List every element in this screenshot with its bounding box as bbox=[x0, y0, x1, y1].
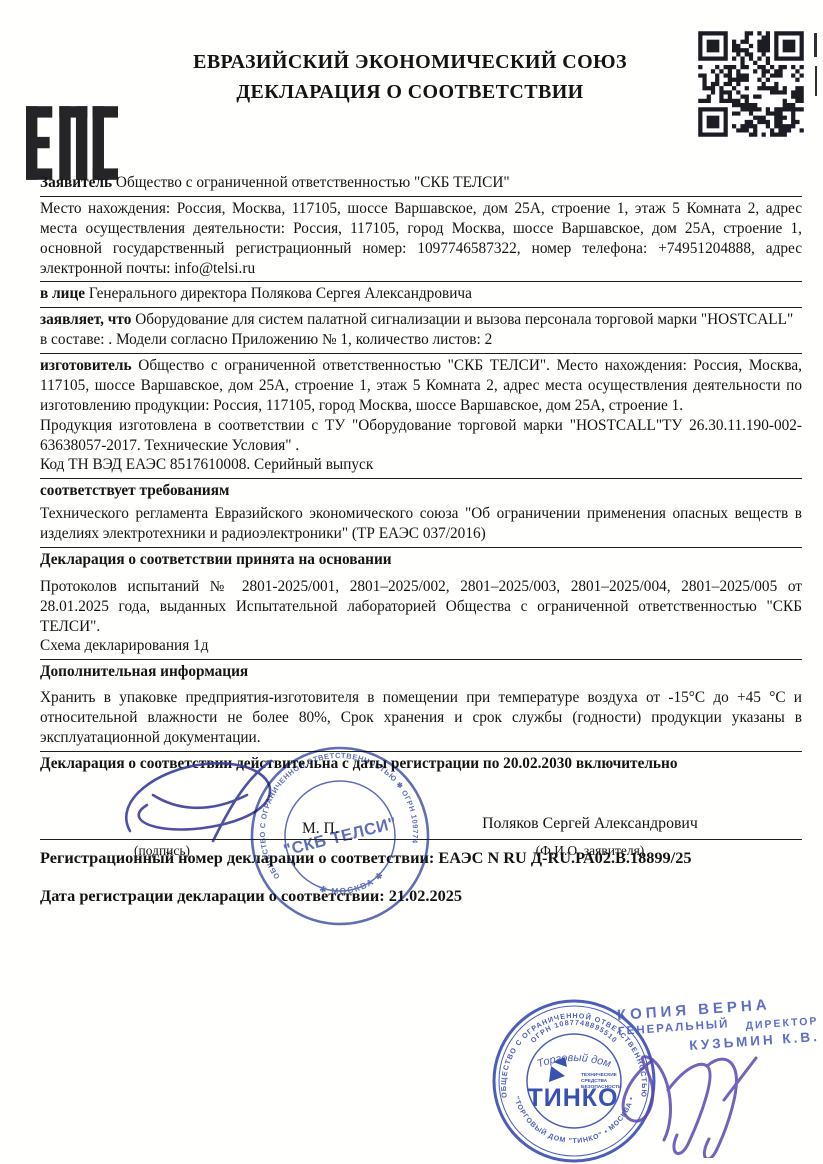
section-address: Место нахождения: Россия, Москва, 117105… bbox=[40, 197, 802, 283]
person-label: в лице bbox=[40, 285, 85, 302]
document-body: Заявитель Общество с ограниченной ответс… bbox=[40, 171, 802, 887]
tu-text: Продукция изготовлена в соответствии с Т… bbox=[40, 416, 802, 456]
scan-artifact bbox=[814, 33, 817, 57]
scan-artifact bbox=[815, 66, 817, 96]
signature-line-left bbox=[40, 839, 352, 840]
section-basis: Протоколов испытаний № 2801-2025/001, 28… bbox=[40, 575, 802, 661]
complies-header: соответствует требованиям bbox=[40, 479, 802, 502]
title-line-2: ДЕКЛАРАЦИЯ О СООТВЕТСТВИИ bbox=[120, 77, 700, 107]
applicant-label: Заявитель bbox=[40, 174, 112, 191]
fio-name: Поляков Сергей Александрович bbox=[370, 814, 810, 835]
qr-code bbox=[694, 27, 808, 146]
document-title: ЕВРАЗИЙСКИЙ ЭКОНОМИЧЕСКИЙ СОЮЗ ДЕКЛАРАЦИ… bbox=[120, 47, 700, 107]
section-applicant: Заявитель Общество с ограниченной ответс… bbox=[40, 171, 802, 197]
additional-text: Хранить в упаковке предприятия-изготовит… bbox=[40, 686, 802, 752]
tnved-text: Код ТН ВЭД ЕАЭС 8517610008. Серийный вып… bbox=[40, 455, 802, 475]
registration-date-value: 21.02.2025 bbox=[389, 886, 462, 905]
signature-line-right bbox=[358, 839, 802, 840]
section-declares: заявляет, что Оборудование для систем па… bbox=[40, 308, 802, 354]
registration-number-value: ЕАЭС N RU Д-RU.РА02.В.18899/25 bbox=[438, 848, 691, 867]
document-page: ЕВРАЗИЙСКИЙ ЭКОНОМИЧЕСКИЙ СОЮЗ ДЕКЛАРАЦИ… bbox=[0, 0, 823, 1164]
section-person: в лице Генерального директора Полякова С… bbox=[40, 282, 802, 308]
kuzmin-signature bbox=[598, 1028, 808, 1158]
registration-number-label: Регистрационный номер декларации о соотв… bbox=[40, 848, 434, 867]
applicant-value: Общество с ограниченной ответственностью… bbox=[116, 174, 510, 191]
address-text: Место нахождения: Россия, Москва, 117105… bbox=[40, 200, 802, 277]
registration-number-line: Регистрационный номер декларации о соотв… bbox=[40, 848, 802, 868]
declares-value: Оборудование для систем палатной сигнали… bbox=[40, 311, 793, 348]
basis-header: Декларация о соответствии принята на осн… bbox=[40, 548, 802, 575]
section-manufacturer: изготовитель Общество с ограниченной отв… bbox=[40, 354, 802, 479]
title-line-1: ЕВРАЗИЙСКИЙ ЭКОНОМИЧЕСКИЙ СОЮЗ bbox=[120, 47, 700, 77]
signature-block: ОБЩЕСТВО С ОГРАНИЧЕННОЙ ОТВЕТСТВЕННОСТЬЮ… bbox=[40, 783, 802, 887]
basis-text: Протоколов испытаний № 2801-2025/001, 28… bbox=[40, 577, 802, 637]
person-value: Генерального директора Полякова Сергея А… bbox=[89, 285, 472, 302]
manufacturer-label: изготовитель bbox=[40, 357, 132, 374]
complies-text: Технического регламента Евразийского эко… bbox=[40, 502, 802, 548]
manufacturer-value: Общество с ограниченной ответственностью… bbox=[40, 357, 802, 414]
registration-date-label: Дата регистрации декларации о соответств… bbox=[40, 886, 385, 905]
registration-date-line: Дата регистрации декларации о соответств… bbox=[40, 886, 802, 906]
scheme-text: Схема декларирования 1д bbox=[40, 636, 802, 656]
declares-label: заявляет, что bbox=[40, 311, 131, 328]
mp-label: М. П. bbox=[302, 819, 339, 839]
additional-header: Дополнительная информация bbox=[40, 660, 802, 686]
